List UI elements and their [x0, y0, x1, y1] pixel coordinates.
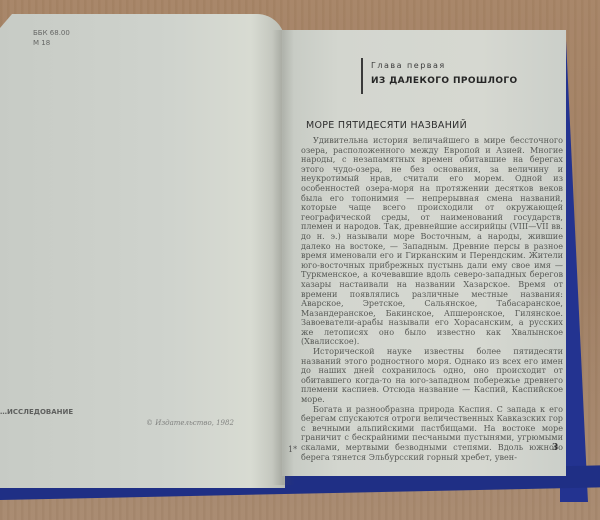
left-page	[0, 14, 285, 488]
book-gutter	[272, 30, 294, 485]
folio-signature: 1*	[288, 445, 297, 454]
left-page-bottom-line: …ИССЛЕДОВАНИЕ	[0, 408, 73, 416]
chapter-title: ИЗ ДАЛЕКОГО ПРОШЛОГО	[371, 76, 518, 86]
copyright-notice: © Издательство, 1982	[146, 419, 234, 427]
paragraph: Богата и разнообразна природа Каспия. С …	[301, 405, 563, 463]
bbk-classification: ББК 68.00 М 18	[33, 28, 70, 48]
page-number: 3	[552, 443, 558, 453]
body-text: Удивительна история величайшего в мире б…	[301, 136, 563, 462]
section-title: МОРЕ ПЯТИДЕСЯТИ НАЗВАНИЙ	[306, 120, 467, 131]
bbk-code: ББК 68.00	[33, 28, 70, 38]
chapter-label: Глава первая	[371, 61, 446, 70]
paragraph: Исторической науке известны более пятиде…	[301, 347, 563, 405]
chapter-vertical-rule	[361, 58, 363, 94]
bbk-sub: М 18	[33, 38, 70, 48]
paragraph: Удивительна история величайшего в мире б…	[301, 136, 563, 347]
